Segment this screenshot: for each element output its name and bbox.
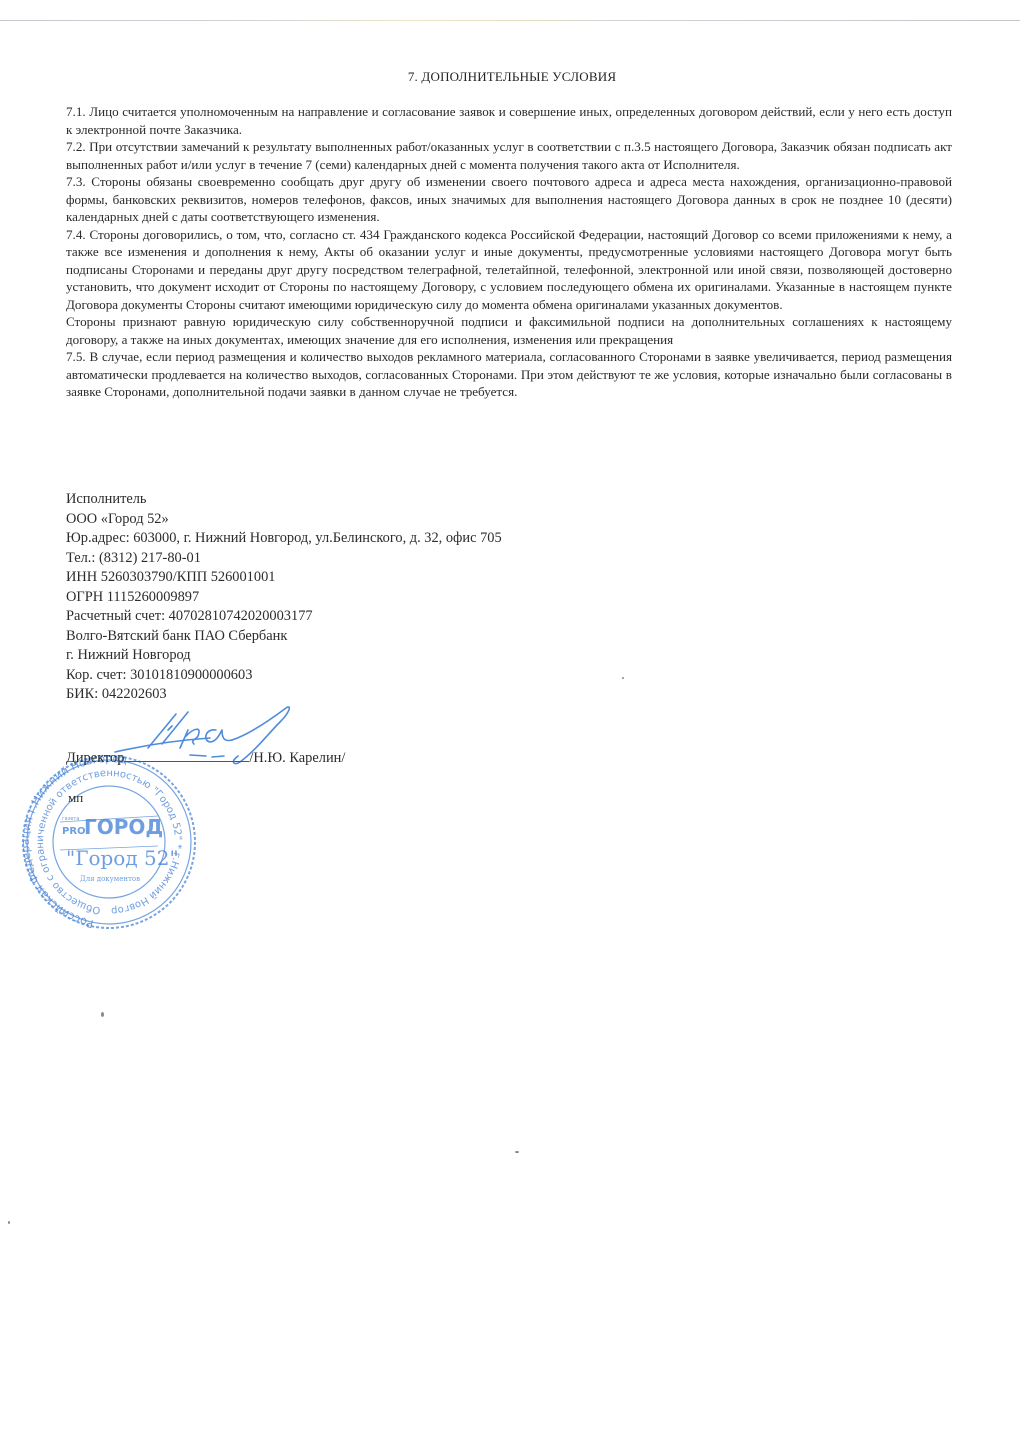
director-name: /Н.Ю. Карелин/ (249, 750, 345, 766)
executor-legal-address: Юр.адрес: 603000, г. Нижний Новгород, ул… (66, 529, 502, 549)
signature-blank (124, 747, 249, 762)
clause-7-3: 7.3. Стороны обязаны своевременно сообща… (66, 173, 952, 226)
scan-speck (8, 1221, 10, 1224)
svg-text:ГОРОД: ГОРОД (84, 815, 163, 839)
clause-7-4: 7.4. Стороны договорились, о том, что, с… (66, 226, 952, 314)
executor-ogrn: ОГРН 1115260009897 (66, 588, 502, 608)
scan-edge-line (0, 20, 1020, 21)
clause-7-4-signature-equivalence: Стороны признают равную юридическую силу… (66, 313, 952, 348)
signature-icon (110, 700, 310, 780)
clause-7-2: 7.2. При отсутствии замечаний к результа… (66, 138, 952, 173)
svg-text:Для документов: Для документов (80, 875, 140, 883)
executor-bank-city: г. Нижний Новгород (66, 646, 502, 666)
executor-corr-account: Кор. счет: 30101810900000603 (66, 666, 502, 686)
executor-company: ООО «Город 52» (66, 510, 502, 530)
section-body: 7.1. Лицо считается уполномоченным на на… (66, 103, 952, 401)
director-title: Директор (66, 750, 124, 766)
executor-inn-kpp: ИНН 5260303790/КПП 526001001 (66, 568, 502, 588)
svg-text:PRO: PRO (62, 826, 86, 837)
executor-bank: Волго-Вятский банк ПАО Сбербанк (66, 627, 502, 647)
section-heading: 7. ДОПОЛНИТЕЛЬНЫЕ УСЛОВИЯ (0, 69, 1024, 85)
executor-account: Расчетный счет: 40702810742020003177 (66, 607, 502, 627)
director-signature-line: Директор/Н.Ю. Карелин/ (66, 747, 345, 767)
svg-text:"Город 52": "Город 52" (66, 846, 179, 870)
svg-text:газета: газета (62, 816, 79, 822)
seal-place-label: мп (68, 790, 83, 806)
clause-7-5: 7.5. В случае, если период размещения и … (66, 348, 952, 401)
scan-speck (515, 1151, 519, 1153)
scan-speck (622, 677, 624, 679)
executor-phone: Тел.: (8312) 217-80-01 (66, 549, 502, 569)
scan-speck (101, 1012, 104, 1017)
executor-role: Исполнитель (66, 490, 502, 510)
clause-7-1: 7.1. Лицо считается уполномоченным на на… (66, 103, 952, 138)
executor-requisites: Исполнитель ООО «Город 52» Юр.адрес: 603… (66, 490, 502, 705)
